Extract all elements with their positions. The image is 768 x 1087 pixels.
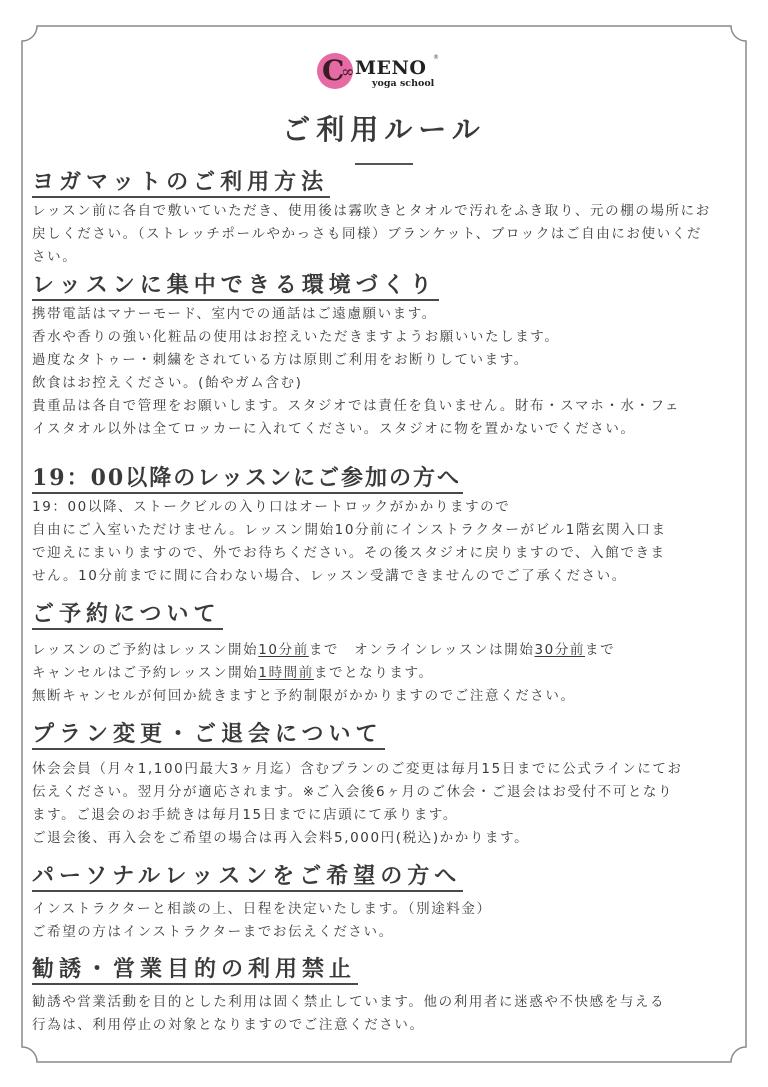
body-line: さい。 xyxy=(32,246,732,269)
body-line: ます。ご退会のお手続きは毎月15日までに店頭にて承ります。 xyxy=(32,804,732,827)
section-body: 19：00以降、ストークビルの入り口はオートロックがかかりますので 自由にご入室… xyxy=(32,496,732,588)
text-segment: まで オンラインレッスンは開始 xyxy=(309,642,535,658)
body-line: せん。10分前までに間に合わない場合、レッスン受講できませんのでご了承ください。 xyxy=(32,565,732,588)
body-line: ご退会後、再入会をご希望の場合は再入会料5,000円(税込)かかります。 xyxy=(32,827,732,850)
body-line: レッスンのご予約はレッスン開始10分前まで オンラインレッスンは開始30分前まで xyxy=(32,639,732,662)
section-body: レッスンのご予約はレッスン開始10分前まで オンラインレッスンは開始30分前まで… xyxy=(32,639,732,708)
section-title: パーソナルレッスンをご希望の方へ xyxy=(32,862,463,892)
text-segment: レッスンのご予約はレッスン開始 xyxy=(32,642,258,658)
body-line: レッスン前に各自で敷いていただき、使用後は霧吹きとタオルで汚れをふき取り、元の棚… xyxy=(32,200,732,223)
body-line: 貴重品は各自で管理をお願いします。スタジオでは責任を負いません。財布・スマホ・水… xyxy=(32,395,732,418)
body-line: 過度なタトゥー・刺繍をされている方は原則ご利用をお断りしています。 xyxy=(32,349,732,372)
body-line: 19：00以降、ストークビルの入り口はオートロックがかかりますので xyxy=(32,496,732,519)
section-title: 勧誘・営業目的の利用禁止 xyxy=(32,955,358,985)
logo-subtitle: yoga school xyxy=(372,78,434,90)
body-line: インストラクターと相談の上、日程を決定いたします。（別途料金） xyxy=(32,898,732,921)
section-solicitation-prohibited: 勧誘・営業目的の利用禁止 勧誘や営業活動を目的とした利用は固く禁止しています。他… xyxy=(32,955,732,1037)
section-body: 携帯電話はマナーモード、室内での通話はご遠慮願います。 香水や香りの強い化粧品の… xyxy=(32,303,732,441)
body-line: 香水や香りの強い化粧品の使用はお控えいただきますようお願いいたします。 xyxy=(32,326,732,349)
body-line: 勧誘や営業活動を目的とした利用は固く禁止しています。他の利用者に迷惑や不快感を与… xyxy=(32,991,732,1014)
section-title: ヨガマットのご利用方法 xyxy=(32,168,330,198)
section-personal-lesson: パーソナルレッスンをご希望の方へ インストラクターと相談の上、日程を決定いたしま… xyxy=(32,862,732,944)
body-line: で迎えにまいりますので、外でお待ちください。その後スタジオに戻りますので、入館で… xyxy=(32,542,732,565)
section-after-1900: 19：00以降のレッスンにご参加の方へ 19：00以降、ストークビルの入り口はオ… xyxy=(32,464,732,588)
section-body: レッスン前に各自で敷いていただき、使用後は霧吹きとタオルで汚れをふき取り、元の棚… xyxy=(32,200,732,269)
body-line: ご希望の方はインストラクターまでお伝えください。 xyxy=(32,921,732,944)
highlight-10min: 10分前 xyxy=(258,642,309,658)
highlight-30min: 30分前 xyxy=(534,642,585,658)
body-line: 休会会員（月々1,100円最大3ヶ月迄）含むプランのご変更は毎月15日までに公式… xyxy=(32,758,732,781)
body-line: 伝えください。翌月分が適応されます。※ご入会後6ヶ月のご休会・ご退会はお受付不可… xyxy=(32,781,732,804)
page-title: ご利用ルール xyxy=(0,112,768,148)
body-line: 無断キャンセルが何回か続きますと予約制限がかかりますのでご注意ください。 xyxy=(32,685,732,708)
section-body: 勧誘や営業活動を目的とした利用は固く禁止しています。他の利用者に迷惑や不快感を与… xyxy=(32,991,732,1037)
section-yoga-mat: ヨガマットのご利用方法 レッスン前に各自で敷いていただき、使用後は霧吹きとタオル… xyxy=(32,168,732,269)
section-environment: レッスンに集中できる環境づくり 携帯電話はマナーモード、室内での通話はご遠慮願い… xyxy=(32,271,732,441)
body-line: 飲食はお控えください。(飴やガム含む) xyxy=(32,372,732,395)
section-title: 19：00以降のレッスンにご参加の方へ xyxy=(32,464,463,494)
section-plan-change: プラン変更・ご退会について 休会会員（月々1,100円最大3ヶ月迄）含むプランの… xyxy=(32,720,732,850)
body-line: 行為は、利用停止の対象となりますのでご注意ください。 xyxy=(32,1014,732,1037)
section-body: 休会会員（月々1,100円最大3ヶ月迄）含むプランのご変更は毎月15日までに公式… xyxy=(32,758,732,850)
text-segment: までとなります。 xyxy=(314,665,434,681)
infinity-icon: ∞ xyxy=(341,62,354,82)
title-divider xyxy=(355,163,413,165)
registered-mark-icon: ® xyxy=(433,54,439,61)
body-line: 戻しください。（ストレッチポールやかっさも同様）ブランケット、ブロックはご自由に… xyxy=(32,223,732,246)
highlight-1hour: 1時間前 xyxy=(258,665,314,681)
section-title: プラン変更・ご退会について xyxy=(32,720,385,750)
logo-brand: MENO xyxy=(355,57,426,79)
body-line: 自由にご入室いただけません。レッスン開始10分前にインストラクターがビル1階玄関… xyxy=(32,519,732,542)
section-body: インストラクターと相談の上、日程を決定いたします。（別途料金） ご希望の方はイン… xyxy=(32,898,732,944)
text-segment: まで xyxy=(585,642,615,658)
body-line: 携帯電話はマナーモード、室内での通話はご遠慮願います。 xyxy=(32,303,732,326)
text-segment: キャンセルはご予約レッスン開始 xyxy=(32,665,258,681)
section-title: ご予約について xyxy=(32,600,223,630)
body-line: イスタオル以外は全てロッカーに入れてください。スタジオに物を置かないでください。 xyxy=(32,418,732,441)
section-title: レッスンに集中できる環境づくり xyxy=(32,271,439,301)
section-reservation: ご予約について レッスンのご予約はレッスン開始10分前まで オンラインレッスンは… xyxy=(32,600,732,708)
logo: C ∞ MENO ® yoga school xyxy=(317,53,447,93)
body-line: キャンセルはご予約レッスン開始1時間前までとなります。 xyxy=(32,662,732,685)
